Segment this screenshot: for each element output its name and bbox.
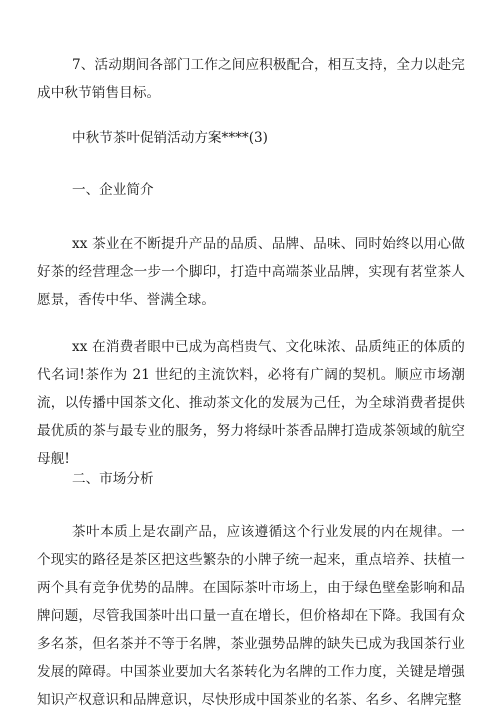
section-1-paragraph-2: xx 在消费者眼中已成为高档贵气、文化味浓、品质纯正的体质的代名词!茶作为 21… <box>37 333 465 473</box>
section-2-heading: 二、市场分析 <box>72 469 154 489</box>
item-7-paragraph: 7、活动期间各部门工作之间应积极配合，相互支持，全力以赴完成中秋节销售目标。 <box>37 51 465 107</box>
section-1-paragraph-1: xx 茶业在不断提升产品的品质、品牌、品味、同时始终以用心做好茶的经营理念一步一… <box>37 230 465 314</box>
section-1-heading: 一、企业简介 <box>72 180 154 200</box>
document-title: 中秋节茶叶促销活动方案****(3) <box>72 128 268 148</box>
section-2-paragraph-1: 茶叶本质上是农副产品，应该遵循这个行业发展的内在规律。一个现实的路径是茶区把这些… <box>37 518 465 708</box>
